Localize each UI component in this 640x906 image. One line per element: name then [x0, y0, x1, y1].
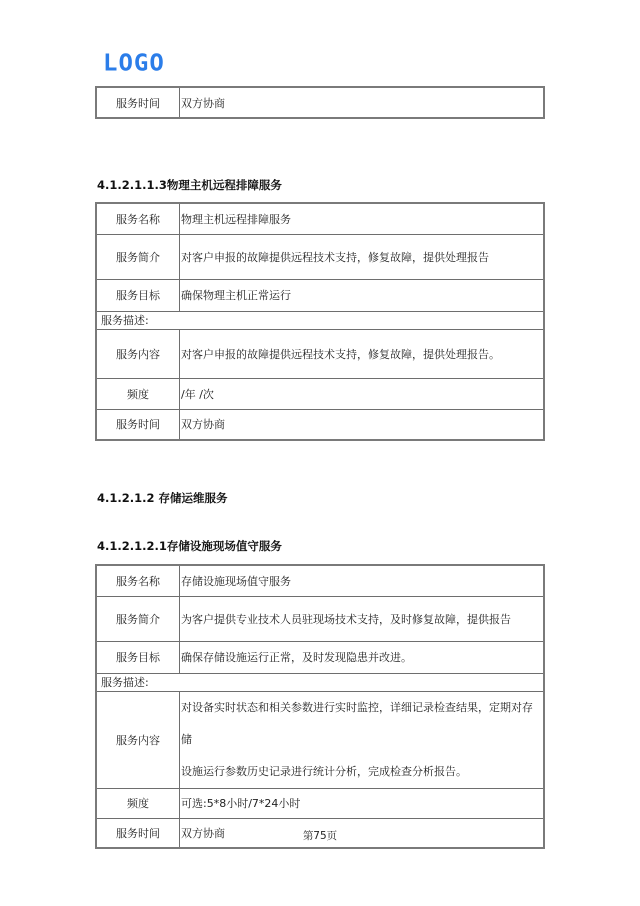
row-value: 对设备实时状态和相关参数进行实时监控，详细记录检查结果，定期对存储 设施运行参数… — [180, 691, 545, 788]
row-value-line: 设施运行参数历史记录进行统计分析，完成检查分析报告。 — [181, 756, 543, 788]
table-row: 频度 可选:5*8小时/7*24小时 — [96, 788, 544, 818]
table-row: 服务目标 确保物理主机正常运行 — [96, 279, 544, 311]
row-label: 服务名称 — [96, 203, 180, 234]
service-time-table-continued: 服务时间 双方协商 — [95, 86, 545, 119]
row-label: 服务简介 — [96, 596, 180, 641]
storage-onsite-duty-table: 服务名称 存储设施现场值守服务 服务简介 为客户提供专业技术人员驻现场技术支持，… — [95, 564, 545, 849]
section-heading: 4.1.2.1.2 存储运维服务 — [97, 490, 228, 506]
table-row: 服务名称 物理主机远程排障服务 — [96, 203, 544, 234]
row-label: 服务目标 — [96, 641, 180, 673]
table-row: 服务简介 对客户申报的故障提供远程技术支持，修复故障，提供处理报告 — [96, 234, 544, 279]
row-label: 频度 — [96, 788, 180, 818]
row-value: 存储设施现场值守服务 — [180, 565, 545, 596]
table-row: 服务时间 双方协商 — [96, 87, 544, 118]
row-label: 服务内容 — [96, 329, 180, 378]
table-row: 服务描述: — [96, 673, 544, 691]
row-label: 频度 — [96, 378, 180, 409]
row-value: 对客户申报的故障提供远程技术支持，修复故障，提供处理报告 — [180, 234, 545, 279]
row-label: 服务时间 — [96, 87, 180, 118]
table-row: 服务简介 为客户提供专业技术人员驻现场技术支持，及时修复故障，提供报告 — [96, 596, 544, 641]
row-label: 服务内容 — [96, 691, 180, 788]
row-value: 对客户申报的故障提供远程技术支持，修复故障，提供处理报告。 — [180, 329, 545, 378]
page-number: 第75页 — [0, 828, 640, 843]
table-row: 服务时间 双方协商 — [96, 409, 544, 440]
row-label: 服务名称 — [96, 565, 180, 596]
section-heading: 4.1.2.1.1.3物理主机远程排障服务 — [97, 177, 282, 193]
row-label: 服务时间 — [96, 409, 180, 440]
row-label: 服务目标 — [96, 279, 180, 311]
logo: LOGO — [103, 52, 165, 75]
subsection-heading: 4.1.2.1.2.1存储设施现场值守服务 — [97, 538, 282, 554]
description-label: 服务描述: — [96, 673, 544, 691]
row-value: 双方协商 — [180, 87, 545, 118]
table-row: 服务内容 对设备实时状态和相关参数进行实时监控，详细记录检查结果，定期对存储 设… — [96, 691, 544, 788]
row-value: 可选:5*8小时/7*24小时 — [180, 788, 545, 818]
table-row: 服务目标 确保存储设施运行正常，及时发现隐患并改进。 — [96, 641, 544, 673]
row-value: 双方协商 — [180, 409, 545, 440]
table-row: 频度 /年 /次 — [96, 378, 544, 409]
row-value: 确保物理主机正常运行 — [180, 279, 545, 311]
table-row: 服务名称 存储设施现场值守服务 — [96, 565, 544, 596]
row-value: /年 /次 — [180, 378, 545, 409]
table-row: 服务描述: — [96, 311, 544, 329]
row-value: 为客户提供专业技术人员驻现场技术支持，及时修复故障，提供报告 — [180, 596, 545, 641]
row-value: 物理主机远程排障服务 — [180, 203, 545, 234]
table-row: 服务内容 对客户申报的故障提供远程技术支持，修复故障，提供处理报告。 — [96, 329, 544, 378]
row-value-line: 对设备实时状态和相关参数进行实时监控，详细记录检查结果，定期对存储 — [181, 692, 543, 756]
row-label: 服务简介 — [96, 234, 180, 279]
remote-troubleshooting-table: 服务名称 物理主机远程排障服务 服务简介 对客户申报的故障提供远程技术支持，修复… — [95, 202, 545, 441]
description-label: 服务描述: — [96, 311, 544, 329]
row-value: 确保存储设施运行正常，及时发现隐患并改进。 — [180, 641, 545, 673]
